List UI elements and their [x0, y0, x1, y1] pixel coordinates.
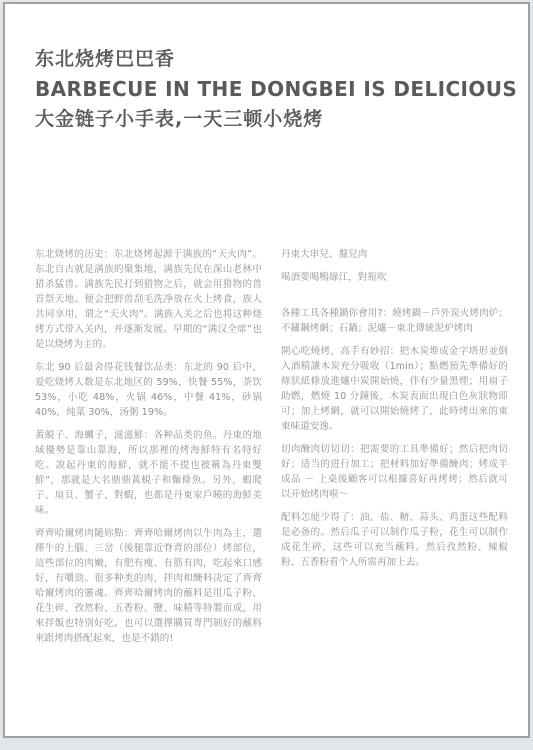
- right-paragraph-charcoal-tips: 開心吃燒烤，高手有妙招：把木炭堆成金字塔形並倒入酒精讓木炭充分吸收（1min）；…: [281, 344, 508, 434]
- left-paragraph-history: 东北烧烤的历史：东北烧烤起源于满族的“天火肉”。东北自古就是满族的聚集地，满族先…: [35, 247, 262, 352]
- page-title-en: BARBECUE IN THE DONGBEI IS DELICIOUS: [35, 74, 510, 104]
- right-column: 丹東大串兒、盤兒肉 喝酒要喝鴨綠江，對瓶吹 各種工具各種鍋你會用?：燒烤鍋－戶外…: [281, 247, 508, 654]
- right-intro-line-2: 喝酒要喝鴨綠江，對瓶吹: [281, 270, 508, 285]
- right-paragraph-seasonings: 配料怎能少得了：油、盐、糖、蒜头、鸡蛋这些配料是必备的。然后瓜子可以制作瓜子粉，…: [281, 510, 508, 570]
- page-subtitle-zh: 大金链子小手表,一天三顿小烧烤: [35, 104, 510, 134]
- left-column: 东北烧烤的历史：东北烧烤起源于满族的“天火肉”。东北自古就是满族的聚集地，满族先…: [35, 247, 262, 654]
- intro-spacer: [281, 293, 508, 306]
- page-title-zh: 东北烧烤巴巴香: [35, 44, 510, 74]
- left-paragraph-seafood: 黃蜆子、海蠣子，滋滋鮮：各种品类的鱼。丹東的地域優勢是靠山靠海，所以那裡的烤海鮮…: [35, 428, 262, 518]
- right-paragraph-tools: 各種工具各種鍋你會用?：燒烤鍋－戶外炭火烤肉炉；不鏽鋼烤網；石鍋；泥爐－東北傳統…: [281, 306, 508, 336]
- body-columns: 东北烧烤的历史：东北烧烤起源于满族的“天火肉”。东北自古就是满族的聚集地，满族先…: [35, 247, 509, 654]
- document-page: 东北烧烤巴巴香 BARBECUE IN THE DONGBEI IS DELIC…: [3, 2, 530, 738]
- right-intro-line-1: 丹東大串兒、盤兒肉: [281, 247, 508, 262]
- right-paragraph-cutting-meat: 切肉醃肉切切切：把需要的工具準備好；然后把肉切好；适当的进行加工；把材料加好準備…: [281, 442, 508, 502]
- title-block: 东北烧烤巴巴香 BARBECUE IN THE DONGBEI IS DELIC…: [35, 44, 510, 134]
- left-paragraph-qiqihar-bbq: 齊齊哈爾烤肉隨妳點：齊齊哈爾烤肉以牛肉為主，選擇牛的上腦、三岔（後腿靠近脊背的部…: [35, 526, 262, 646]
- left-paragraph-statistics: 东北 90 后最舍得花钱餐饮品类：东北的 90 后中，爱吃烧烤人数是东北地区的 …: [35, 360, 262, 420]
